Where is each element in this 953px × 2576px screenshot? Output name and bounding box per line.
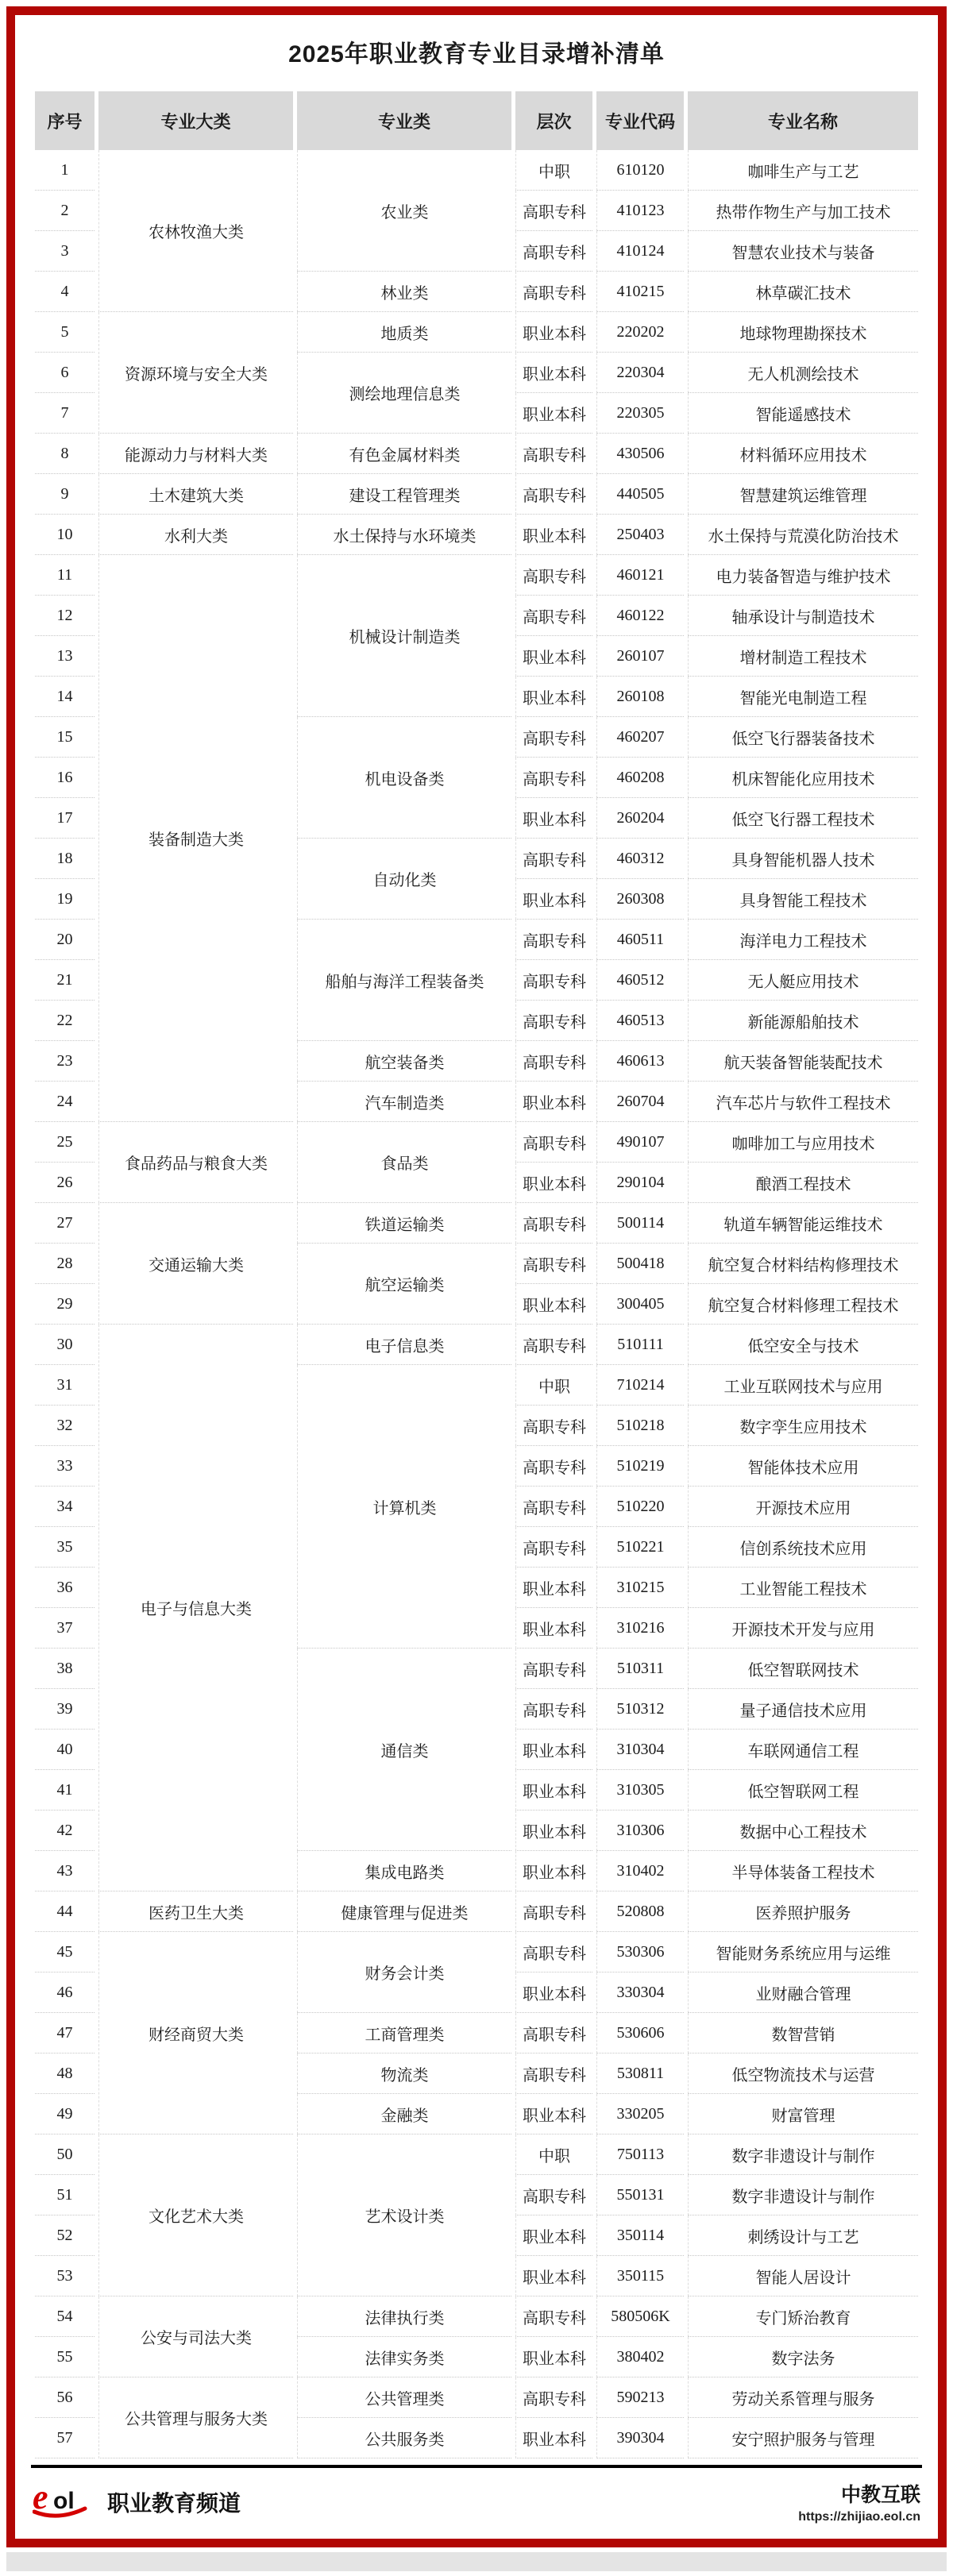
cell-name: 航空复合材料修理工程技术: [688, 1284, 918, 1325]
cell-level: 高职专科: [515, 1649, 592, 1689]
cell-code: 330205: [596, 2094, 684, 2134]
cell-code: 410215: [596, 272, 684, 312]
cell-class: 艺术设计类: [297, 2134, 511, 2296]
cell-name: 汽车芯片与软件工程技术: [688, 1082, 918, 1122]
cell-level: 职业本科: [515, 1608, 592, 1649]
cell-level: 职业本科: [515, 2256, 592, 2296]
cell-no: 19: [35, 879, 95, 920]
cell-level: 高职专科: [515, 2377, 592, 2418]
cell-name: 航天装备智能装配技术: [688, 1041, 918, 1082]
cell-name: 低空智联网工程: [688, 1770, 918, 1811]
cell-name: 低空物流技术与运营: [688, 2053, 918, 2094]
cell-major-category: 能源动力与材料大类: [98, 434, 293, 474]
cell-level: 职业本科: [515, 1730, 592, 1770]
cell-no: 25: [35, 1122, 95, 1163]
cell-code: 550131: [596, 2175, 684, 2215]
cell-code: 590213: [596, 2377, 684, 2418]
cell-no: 42: [35, 1811, 95, 1851]
cell-name: 医养照护服务: [688, 1892, 918, 1932]
cell-level: 职业本科: [515, 1568, 592, 1608]
cell-level: 职业本科: [515, 1811, 592, 1851]
cell-level: 高职专科: [515, 1122, 592, 1163]
cell-class: 自动化类: [297, 839, 511, 920]
cell-class: 水土保持与水环境类: [297, 515, 511, 555]
cell-major-category: 电子与信息大类: [98, 1325, 293, 1892]
cell-code: 530811: [596, 2053, 684, 2094]
cell-level: 中职: [515, 1365, 592, 1406]
cell-class: 汽车制造类: [297, 1082, 511, 1122]
cell-code: 220304: [596, 353, 684, 393]
table-row: 56公共管理与服务大类公共管理类高职专科590213劳动关系管理与服务: [35, 2377, 918, 2418]
cell-level: 高职专科: [515, 1892, 592, 1932]
cell-code: 430506: [596, 434, 684, 474]
cell-no: 32: [35, 1406, 95, 1446]
cell-level: 高职专科: [515, 555, 592, 596]
cell-class: 工商管理类: [297, 2013, 511, 2053]
cell-name: 劳动关系管理与服务: [688, 2377, 918, 2418]
cell-level: 职业本科: [515, 1851, 592, 1892]
cell-code: 220305: [596, 393, 684, 434]
cell-level: 高职专科: [515, 1203, 592, 1244]
cell-name: 轴承设计与制造技术: [688, 596, 918, 636]
cell-name: 智能财务系统应用与运维: [688, 1932, 918, 1972]
cell-code: 260108: [596, 677, 684, 717]
cell-level: 职业本科: [515, 879, 592, 920]
cell-no: 5: [35, 312, 95, 353]
cell-level: 高职专科: [515, 839, 592, 879]
cell-class: 机械设计制造类: [297, 555, 511, 717]
cell-class: 建设工程管理类: [297, 474, 511, 515]
cell-no: 29: [35, 1284, 95, 1325]
cell-major-category: 食品药品与粮食大类: [98, 1122, 293, 1203]
cell-name: 无人艇应用技术: [688, 960, 918, 1001]
cell-name: 开源技术应用: [688, 1487, 918, 1527]
cell-code: 310216: [596, 1608, 684, 1649]
cell-no: 8: [35, 434, 95, 474]
cell-class: 电子信息类: [297, 1325, 511, 1365]
cell-no: 7: [35, 393, 95, 434]
cell-major-category: 文化艺术大类: [98, 2134, 293, 2296]
cell-major-category: 财经商贸大类: [98, 1932, 293, 2134]
cell-name: 财富管理: [688, 2094, 918, 2134]
cell-code: 460122: [596, 596, 684, 636]
cell-name: 智慧建筑运维管理: [688, 474, 918, 515]
cell-name: 数字孪生应用技术: [688, 1406, 918, 1446]
table-row: 44医药卫生大类健康管理与促进类高职专科520808医养照护服务: [35, 1892, 918, 1932]
cell-code: 220202: [596, 312, 684, 353]
cell-class: 计算机类: [297, 1365, 511, 1649]
site-name: 中教互联: [798, 2479, 920, 2508]
cell-no: 47: [35, 2013, 95, 2053]
cell-class: 航空运输类: [297, 1244, 511, 1325]
cell-level: 职业本科: [515, 636, 592, 677]
red-frame: 2025年职业教育专业目录增补清单 序号 专业大类 专业类 层次: [6, 6, 947, 2547]
cell-level: 高职专科: [515, 2053, 592, 2094]
cell-code: 310215: [596, 1568, 684, 1608]
footer-divider: [31, 2465, 922, 2468]
cell-name: 刺绣设计与工艺: [688, 2215, 918, 2256]
footer: e ol 职业教育频道 中教互联 https://zhijiao.eol.cn: [29, 2479, 924, 2531]
cell-level: 职业本科: [515, 1972, 592, 2013]
cell-name: 业财融合管理: [688, 1972, 918, 2013]
cell-level: 高职专科: [515, 596, 592, 636]
cell-no: 40: [35, 1730, 95, 1770]
catalog-table: 序号 专业大类 专业类 层次 专业代码 专业名称 1农林牧渔大类农业类中职610…: [31, 91, 922, 2458]
cell-class: 林业类: [297, 272, 511, 312]
cell-code: 510220: [596, 1487, 684, 1527]
cell-class: 农业类: [297, 150, 511, 272]
cell-major-category: 资源环境与安全大类: [98, 312, 293, 434]
cell-code: 500418: [596, 1244, 684, 1284]
cell-code: 410124: [596, 231, 684, 272]
cell-major-category: 交通运输大类: [98, 1203, 293, 1325]
cell-name: 数字法务: [688, 2337, 918, 2377]
bottom-strip: [6, 2552, 947, 2571]
cell-code: 310306: [596, 1811, 684, 1851]
cell-no: 49: [35, 2094, 95, 2134]
cell-major-category: 公安与司法大类: [98, 2296, 293, 2377]
cell-no: 34: [35, 1487, 95, 1527]
cell-code: 510311: [596, 1649, 684, 1689]
cell-level: 职业本科: [515, 1284, 592, 1325]
header-level: 层次: [515, 91, 592, 150]
cell-name: 智能光电制造工程: [688, 677, 918, 717]
cell-code: 350114: [596, 2215, 684, 2256]
cell-no: 50: [35, 2134, 95, 2175]
cell-level: 高职专科: [515, 717, 592, 758]
cell-no: 11: [35, 555, 95, 596]
cell-no: 4: [35, 272, 95, 312]
cell-code: 260107: [596, 636, 684, 677]
cell-name: 酿酒工程技术: [688, 1163, 918, 1203]
cell-name: 工业智能工程技术: [688, 1568, 918, 1608]
cell-name: 数字非遗设计与制作: [688, 2175, 918, 2215]
cell-code: 510218: [596, 1406, 684, 1446]
cell-no: 2: [35, 191, 95, 231]
cell-name: 地球物理勘探技术: [688, 312, 918, 353]
cell-name: 低空安全与技术: [688, 1325, 918, 1365]
cell-code: 510111: [596, 1325, 684, 1365]
cell-code: 500114: [596, 1203, 684, 1244]
cell-name: 海洋电力工程技术: [688, 920, 918, 960]
cell-code: 410123: [596, 191, 684, 231]
cell-no: 37: [35, 1608, 95, 1649]
cell-no: 53: [35, 2256, 95, 2296]
cell-major-category: 农林牧渔大类: [98, 150, 293, 312]
table-row: 25食品药品与粮食大类食品类高职专科490107咖啡加工与应用技术: [35, 1122, 918, 1163]
cell-code: 530606: [596, 2013, 684, 2053]
cell-no: 20: [35, 920, 95, 960]
cell-class: 地质类: [297, 312, 511, 353]
cell-no: 24: [35, 1082, 95, 1122]
cell-level: 高职专科: [515, 1325, 592, 1365]
eol-logo-icon: e ol: [33, 2482, 99, 2522]
cell-no: 13: [35, 636, 95, 677]
cell-level: 高职专科: [515, 231, 592, 272]
cell-level: 高职专科: [515, 2296, 592, 2337]
cell-name: 具身智能工程技术: [688, 879, 918, 920]
cell-no: 16: [35, 758, 95, 798]
cell-name: 工业互联网技术与应用: [688, 1365, 918, 1406]
cell-class: 有色金属材料类: [297, 434, 511, 474]
cell-level: 职业本科: [515, 2094, 592, 2134]
cell-name: 无人机测绘技术: [688, 353, 918, 393]
cell-class: 船舶与海洋工程装备类: [297, 920, 511, 1041]
cell-no: 22: [35, 1001, 95, 1041]
cell-no: 17: [35, 798, 95, 839]
cell-major-category: 土木建筑大类: [98, 474, 293, 515]
cell-level: 高职专科: [515, 758, 592, 798]
table-row: 45财经商贸大类财务会计类高职专科530306智能财务系统应用与运维: [35, 1932, 918, 1972]
cell-code: 380402: [596, 2337, 684, 2377]
cell-level: 高职专科: [515, 1932, 592, 1972]
table-row: 10水利大类水土保持与水环境类职业本科250403水土保持与荒漠化防治技术: [35, 515, 918, 555]
cell-no: 14: [35, 677, 95, 717]
cell-code: 350115: [596, 2256, 684, 2296]
cell-level: 职业本科: [515, 2215, 592, 2256]
cell-code: 490107: [596, 1122, 684, 1163]
cell-level: 职业本科: [515, 2337, 592, 2377]
cell-name: 智慧农业技术与装备: [688, 231, 918, 272]
cell-no: 43: [35, 1851, 95, 1892]
cell-no: 3: [35, 231, 95, 272]
cell-no: 10: [35, 515, 95, 555]
cell-no: 6: [35, 353, 95, 393]
cell-code: 580506K: [596, 2296, 684, 2337]
cell-class: 公共服务类: [297, 2418, 511, 2458]
cell-level: 职业本科: [515, 798, 592, 839]
cell-name: 智能体技术应用: [688, 1446, 918, 1487]
cell-name: 开源技术开发与应用: [688, 1608, 918, 1649]
cell-class: 食品类: [297, 1122, 511, 1203]
cell-class: 金融类: [297, 2094, 511, 2134]
cell-name: 航空复合材料结构修理技术: [688, 1244, 918, 1284]
cell-code: 520808: [596, 1892, 684, 1932]
table-row: 11装备制造大类机械设计制造类高职专科460121电力装备智造与维护技术: [35, 555, 918, 596]
cell-level: 职业本科: [515, 312, 592, 353]
cell-level: 高职专科: [515, 920, 592, 960]
table-row: 30电子与信息大类电子信息类高职专科510111低空安全与技术: [35, 1325, 918, 1365]
catalog-table-body: 1农林牧渔大类农业类中职610120咖啡生产与工艺2高职专科410123热带作物…: [35, 150, 918, 2458]
cell-name: 林草碳汇技术: [688, 272, 918, 312]
content: 2025年职业教育专业目录增补清单 序号 专业大类 专业类 层次: [15, 15, 938, 2539]
cell-name: 新能源船舶技术: [688, 1001, 918, 1041]
cell-no: 39: [35, 1689, 95, 1730]
cell-no: 1: [35, 150, 95, 191]
cell-no: 38: [35, 1649, 95, 1689]
table-row: 5资源环境与安全大类地质类职业本科220202地球物理勘探技术: [35, 312, 918, 353]
cell-code: 260204: [596, 798, 684, 839]
cell-no: 46: [35, 1972, 95, 2013]
table-row: 50文化艺术大类艺术设计类中职750113数字非遗设计与制作: [35, 2134, 918, 2175]
cell-no: 33: [35, 1446, 95, 1487]
cell-code: 290104: [596, 1163, 684, 1203]
cell-level: 职业本科: [515, 393, 592, 434]
cell-name: 咖啡加工与应用技术: [688, 1122, 918, 1163]
cell-no: 45: [35, 1932, 95, 1972]
cell-code: 260704: [596, 1082, 684, 1122]
cell-code: 300405: [596, 1284, 684, 1325]
cell-class: 铁道运输类: [297, 1203, 511, 1244]
cell-no: 36: [35, 1568, 95, 1608]
header-name: 专业名称: [688, 91, 918, 150]
cell-level: 高职专科: [515, 1041, 592, 1082]
cell-class: 法律执行类: [297, 2296, 511, 2337]
cell-code: 460121: [596, 555, 684, 596]
header-code: 专业代码: [596, 91, 684, 150]
cell-code: 260308: [596, 879, 684, 920]
cell-name: 低空飞行器工程技术: [688, 798, 918, 839]
cell-code: 460312: [596, 839, 684, 879]
cell-class: 公共管理类: [297, 2377, 511, 2418]
page-title: 2025年职业教育专业目录增补清单: [29, 34, 924, 69]
table-row: 54公安与司法大类法律执行类高职专科580506K专门矫治教育: [35, 2296, 918, 2337]
cell-name: 具身智能机器人技术: [688, 839, 918, 879]
cell-level: 高职专科: [515, 1446, 592, 1487]
cell-name: 水土保持与荒漠化防治技术: [688, 515, 918, 555]
cell-name: 低空飞行器装备技术: [688, 717, 918, 758]
cell-level: 高职专科: [515, 960, 592, 1001]
cell-code: 750113: [596, 2134, 684, 2175]
cell-level: 高职专科: [515, 1689, 592, 1730]
cell-level: 中职: [515, 150, 592, 191]
cell-no: 35: [35, 1527, 95, 1568]
cell-class: 物流类: [297, 2053, 511, 2094]
cell-code: 390304: [596, 2418, 684, 2458]
cell-major-category: 水利大类: [98, 515, 293, 555]
cell-no: 9: [35, 474, 95, 515]
cell-code: 530306: [596, 1932, 684, 1972]
cell-name: 车联网通信工程: [688, 1730, 918, 1770]
cell-no: 21: [35, 960, 95, 1001]
cell-class: 测绘地理信息类: [297, 353, 511, 434]
cell-level: 职业本科: [515, 2418, 592, 2458]
cell-no: 52: [35, 2215, 95, 2256]
cell-code: 460513: [596, 1001, 684, 1041]
header-major-category: 专业大类: [98, 91, 293, 150]
cell-code: 510221: [596, 1527, 684, 1568]
cell-code: 460208: [596, 758, 684, 798]
cell-level: 中职: [515, 2134, 592, 2175]
cell-code: 440505: [596, 474, 684, 515]
table-row: 27交通运输大类铁道运输类高职专科500114轨道车辆智能运维技术: [35, 1203, 918, 1244]
cell-class: 航空装备类: [297, 1041, 511, 1082]
cell-name: 增材制造工程技术: [688, 636, 918, 677]
cell-no: 28: [35, 1244, 95, 1284]
cell-name: 材料循环应用技术: [688, 434, 918, 474]
brand: e ol 职业教育频道: [33, 2482, 241, 2522]
cell-level: 高职专科: [515, 1527, 592, 1568]
page: 2025年职业教育专业目录增补清单 序号 专业大类 专业类 层次: [0, 0, 953, 2571]
cell-no: 12: [35, 596, 95, 636]
cell-code: 310305: [596, 1770, 684, 1811]
cell-name: 数字非遗设计与制作: [688, 2134, 918, 2175]
cell-name: 信创系统技术应用: [688, 1527, 918, 1568]
cell-level: 高职专科: [515, 1001, 592, 1041]
cell-name: 数智营销: [688, 2013, 918, 2053]
cell-code: 310304: [596, 1730, 684, 1770]
cell-class: 健康管理与促进类: [297, 1892, 511, 1932]
cell-level: 高职专科: [515, 1487, 592, 1527]
cell-level: 职业本科: [515, 353, 592, 393]
cell-no: 31: [35, 1365, 95, 1406]
table-row: 8能源动力与材料大类有色金属材料类高职专科430506材料循环应用技术: [35, 434, 918, 474]
cell-name: 专门矫治教育: [688, 2296, 918, 2337]
cell-name: 机床智能化应用技术: [688, 758, 918, 798]
site-url: https://zhijiao.eol.cn: [798, 2510, 920, 2524]
cell-no: 57: [35, 2418, 95, 2458]
cell-level: 高职专科: [515, 191, 592, 231]
cell-no: 48: [35, 2053, 95, 2094]
cell-code: 460613: [596, 1041, 684, 1082]
cell-name: 数据中心工程技术: [688, 1811, 918, 1851]
cell-level: 高职专科: [515, 2175, 592, 2215]
cell-level: 职业本科: [515, 1082, 592, 1122]
cell-no: 55: [35, 2337, 95, 2377]
cell-no: 30: [35, 1325, 95, 1365]
header-row: 序号 专业大类 专业类 层次 专业代码 专业名称: [35, 91, 918, 150]
cell-level: 职业本科: [515, 1770, 592, 1811]
cell-level: 高职专科: [515, 1244, 592, 1284]
cell-no: 41: [35, 1770, 95, 1811]
cell-no: 15: [35, 717, 95, 758]
cell-no: 27: [35, 1203, 95, 1244]
cell-name: 智能遥感技术: [688, 393, 918, 434]
svg-text:ol: ol: [53, 2488, 75, 2514]
cell-code: 460511: [596, 920, 684, 960]
site-info: 中教互联 https://zhijiao.eol.cn: [798, 2479, 920, 2524]
cell-level: 高职专科: [515, 2013, 592, 2053]
cell-code: 610120: [596, 150, 684, 191]
cell-major-category: 医药卫生大类: [98, 1892, 293, 1932]
cell-level: 高职专科: [515, 434, 592, 474]
cell-code: 330304: [596, 1972, 684, 2013]
cell-code: 460207: [596, 717, 684, 758]
header-class: 专业类: [297, 91, 511, 150]
cell-name: 轨道车辆智能运维技术: [688, 1203, 918, 1244]
cell-level: 职业本科: [515, 677, 592, 717]
brand-name: 职业教育频道: [107, 2486, 241, 2518]
cell-major-category: 装备制造大类: [98, 555, 293, 1122]
cell-no: 18: [35, 839, 95, 879]
cell-no: 26: [35, 1163, 95, 1203]
cell-name: 低空智联网技术: [688, 1649, 918, 1689]
cell-level: 高职专科: [515, 1406, 592, 1446]
cell-code: 510219: [596, 1446, 684, 1487]
cell-name: 咖啡生产与工艺: [688, 150, 918, 191]
cell-level: 高职专科: [515, 474, 592, 515]
cell-level: 职业本科: [515, 515, 592, 555]
cell-name: 安宁照护服务与管理: [688, 2418, 918, 2458]
cell-no: 56: [35, 2377, 95, 2418]
cell-class: 法律实务类: [297, 2337, 511, 2377]
table-row: 9土木建筑大类建设工程管理类高职专科440505智慧建筑运维管理: [35, 474, 918, 515]
header-no: 序号: [35, 91, 95, 150]
cell-code: 710214: [596, 1365, 684, 1406]
cell-name: 智能人居设计: [688, 2256, 918, 2296]
cell-no: 54: [35, 2296, 95, 2337]
cell-name: 量子通信技术应用: [688, 1689, 918, 1730]
cell-class: 通信类: [297, 1649, 511, 1851]
cell-code: 510312: [596, 1689, 684, 1730]
cell-no: 23: [35, 1041, 95, 1082]
cell-name: 电力装备智造与维护技术: [688, 555, 918, 596]
cell-no: 51: [35, 2175, 95, 2215]
table-row: 1农林牧渔大类农业类中职610120咖啡生产与工艺: [35, 150, 918, 191]
cell-class: 集成电路类: [297, 1851, 511, 1892]
cell-no: 44: [35, 1892, 95, 1932]
cell-level: 职业本科: [515, 1163, 592, 1203]
